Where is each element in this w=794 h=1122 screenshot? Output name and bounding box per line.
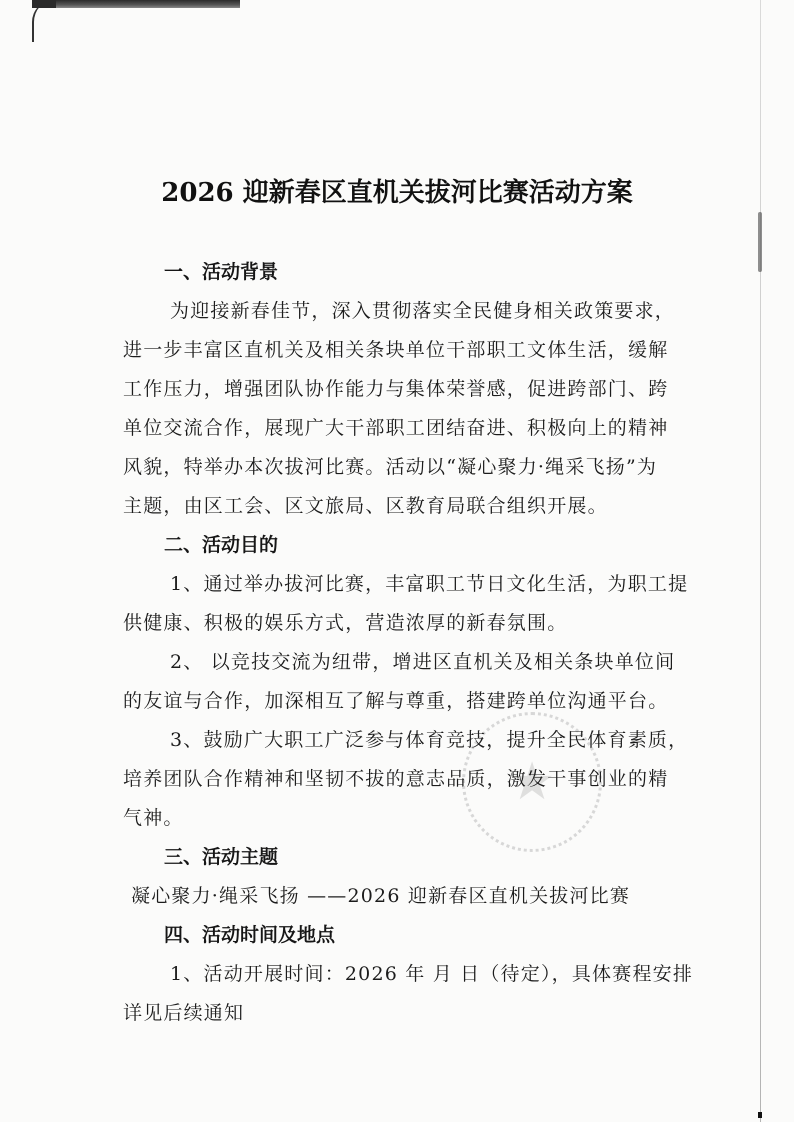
paragraph-line: 进一步丰富区直机关及相关条块单位干部职工文体生活，缓解 — [123, 341, 683, 360]
section-heading-background: 一、活动背景 — [164, 263, 278, 282]
paragraph-line: 3、鼓励广大职工广泛参与体育竞技，提升全民体育素质， — [170, 731, 730, 750]
section-heading-purpose: 二、活动目的 — [164, 536, 278, 555]
paragraph-line: 培养团队合作精神和坚韧不拔的意志品质，激发干事创业的精 — [123, 770, 683, 789]
scan-right-edge-dot — [758, 1112, 762, 1118]
paragraph-line: 为迎接新春佳节，深入贯彻落实全民健身相关政策要求， — [170, 302, 683, 321]
paragraph-line: 1、活动开展时间：2026 年 月 日（待定），具体赛程安排 — [170, 965, 730, 984]
paragraph-line: 1、通过举办拔河比赛，丰富职工节日文化生活，为职工提 — [170, 575, 730, 594]
paragraph-line: 供健康、积极的娱乐方式，营造浓厚的新春氛围。 — [123, 614, 683, 633]
section-heading-theme: 三、活动主题 — [164, 848, 278, 867]
document-title: 2026 迎新春区直机关拔河比赛活动方案 — [0, 172, 794, 209]
paragraph-line: 风貌，特举办本次拔河比赛。活动以“凝心聚力·绳采飞扬”为 — [123, 458, 683, 477]
scan-right-edge-line — [760, 0, 761, 1122]
paragraph-line: 2、 以竞技交流为纽带，增进区直机关及相关条块单位间 — [170, 653, 730, 672]
paragraph-line: 气神。 — [123, 809, 683, 828]
paragraph-line: 详见后续通知 — [123, 1004, 683, 1023]
paragraph-line: 主题，由区工会、区文旅局、区教育局联合组织开展。 — [123, 497, 683, 516]
scan-right-edge-mark — [758, 212, 762, 272]
section-heading-time-place: 四、活动时间及地点 — [164, 926, 335, 945]
theme-line: 凝心聚力·绳采飞扬 ——2026 迎新春区直机关拔河比赛 — [131, 887, 691, 906]
paragraph-line: 单位交流合作，展现广大干部职工团结奋进、积极向上的精神 — [123, 419, 683, 438]
scan-edge-corner — [32, 0, 64, 42]
paragraph-line: 的友谊与合作，加深相互了解与尊重，搭建跨单位沟通平台。 — [123, 692, 683, 711]
paragraph-line: 工作压力，增强团队协作能力与集体荣誉感，促进跨部门、跨 — [123, 380, 683, 399]
